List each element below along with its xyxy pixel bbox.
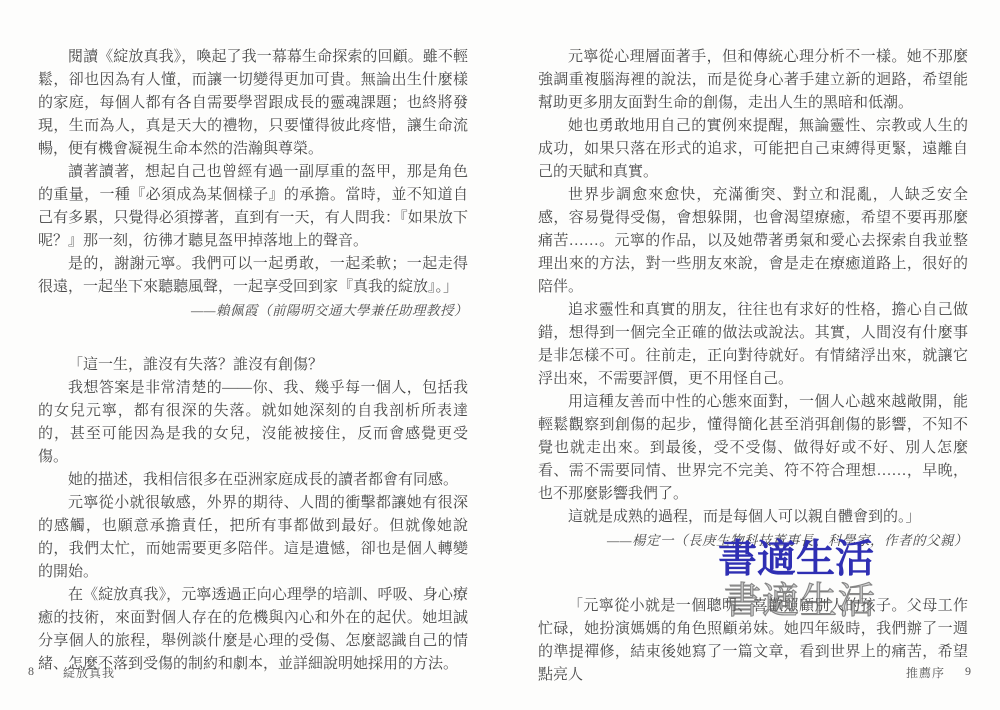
- paragraph: 在《綻放真我》，元寧透過正向心理學的培訓、呼吸、身心療癒的技術，來面對個人存在的…: [38, 584, 468, 676]
- footer-page-number: 9: [965, 664, 972, 681]
- paragraph: 閱讀《綻放真我》，喚起了我一幕幕生命探索的回顧。雖不輕鬆，卻也因為有人懂，而讓一…: [38, 46, 468, 161]
- watermark-gray-outline-text: 書適生活: [724, 570, 876, 624]
- paragraph: 元寧從小就很敏感，外界的期待、人間的衝擊都讓她有很深的感觸，也願意承擔責任，把所…: [38, 492, 468, 584]
- paragraph: 是的，謝謝元寧。我們可以一起勇敢，一起柔軟；一起走得很遠，一起坐下來聽聽風聲，一…: [38, 253, 468, 299]
- paragraph: 用這種友善而中性的心態來面對，一個人心越來越敞開，能輕鬆觀察到創傷的起步，懂得簡…: [538, 391, 968, 506]
- left-page-footer: 8 綻放真我: [28, 664, 115, 681]
- paragraph: 她也勇敢地用自己的實例來提醒，無論靈性、宗教或人生的成功，如果只落在形式的追求，…: [538, 115, 968, 184]
- right-page-footer: 推薦序 9: [906, 664, 972, 681]
- paragraph: 世界步調愈來愈快，充滿衝突、對立和混亂，人缺乏安全感，容易覺得受傷，會想躲開，也…: [538, 184, 968, 299]
- paragraph: 這就是成熟的過程，而是每個人可以親自體會到的。」: [538, 506, 968, 529]
- paragraph: 她的描述，我相信很多在亞洲家庭成長的讀者都會有同感。: [38, 469, 468, 492]
- paragraph: 「這一生，誰沒有失落？誰沒有創傷？: [38, 354, 468, 377]
- footer-page-number: 8: [28, 664, 35, 681]
- paragraph: 我想答案是非常清楚的——你、我、幾乎每一個人，包括我的女兒元寧，都有很深的失落。…: [38, 377, 468, 469]
- footer-book-title: 綻放真我: [63, 664, 115, 681]
- paragraph: 元寧從心理層面著手，但和傳統心理分析不一樣。她不那麼強調重複腦海裡的說法，而是從…: [538, 46, 968, 115]
- footer-section-title: 推薦序: [906, 664, 945, 681]
- left-page: 閱讀《綻放真我》，喚起了我一幕幕生命探索的回顧。雖不輕鬆，卻也因為有人懂，而讓一…: [38, 46, 468, 676]
- left-page-second-quote: 「這一生，誰沒有失落？誰沒有創傷？ 我想答案是非常清楚的——你、我、幾乎每一個人…: [38, 354, 468, 676]
- paragraph: 讀著讀著，想起自己也曾經有過一副厚重的盔甲，那是角色的重量，一種『必須成為某個樣…: [38, 161, 468, 253]
- book-spread: 閱讀《綻放真我》，喚起了我一幕幕生命探索的回顧。雖不輕鬆，卻也因為有人懂，而讓一…: [0, 0, 1000, 710]
- attribution-lai-pei-hsia: ——賴佩霞（前陽明交通大學兼任助理教授）: [38, 299, 468, 322]
- paragraph: 追求靈性和真實的朋友，往往也有求好的性格，擔心自己做錯，想得到一個完全正確的做法…: [538, 299, 968, 391]
